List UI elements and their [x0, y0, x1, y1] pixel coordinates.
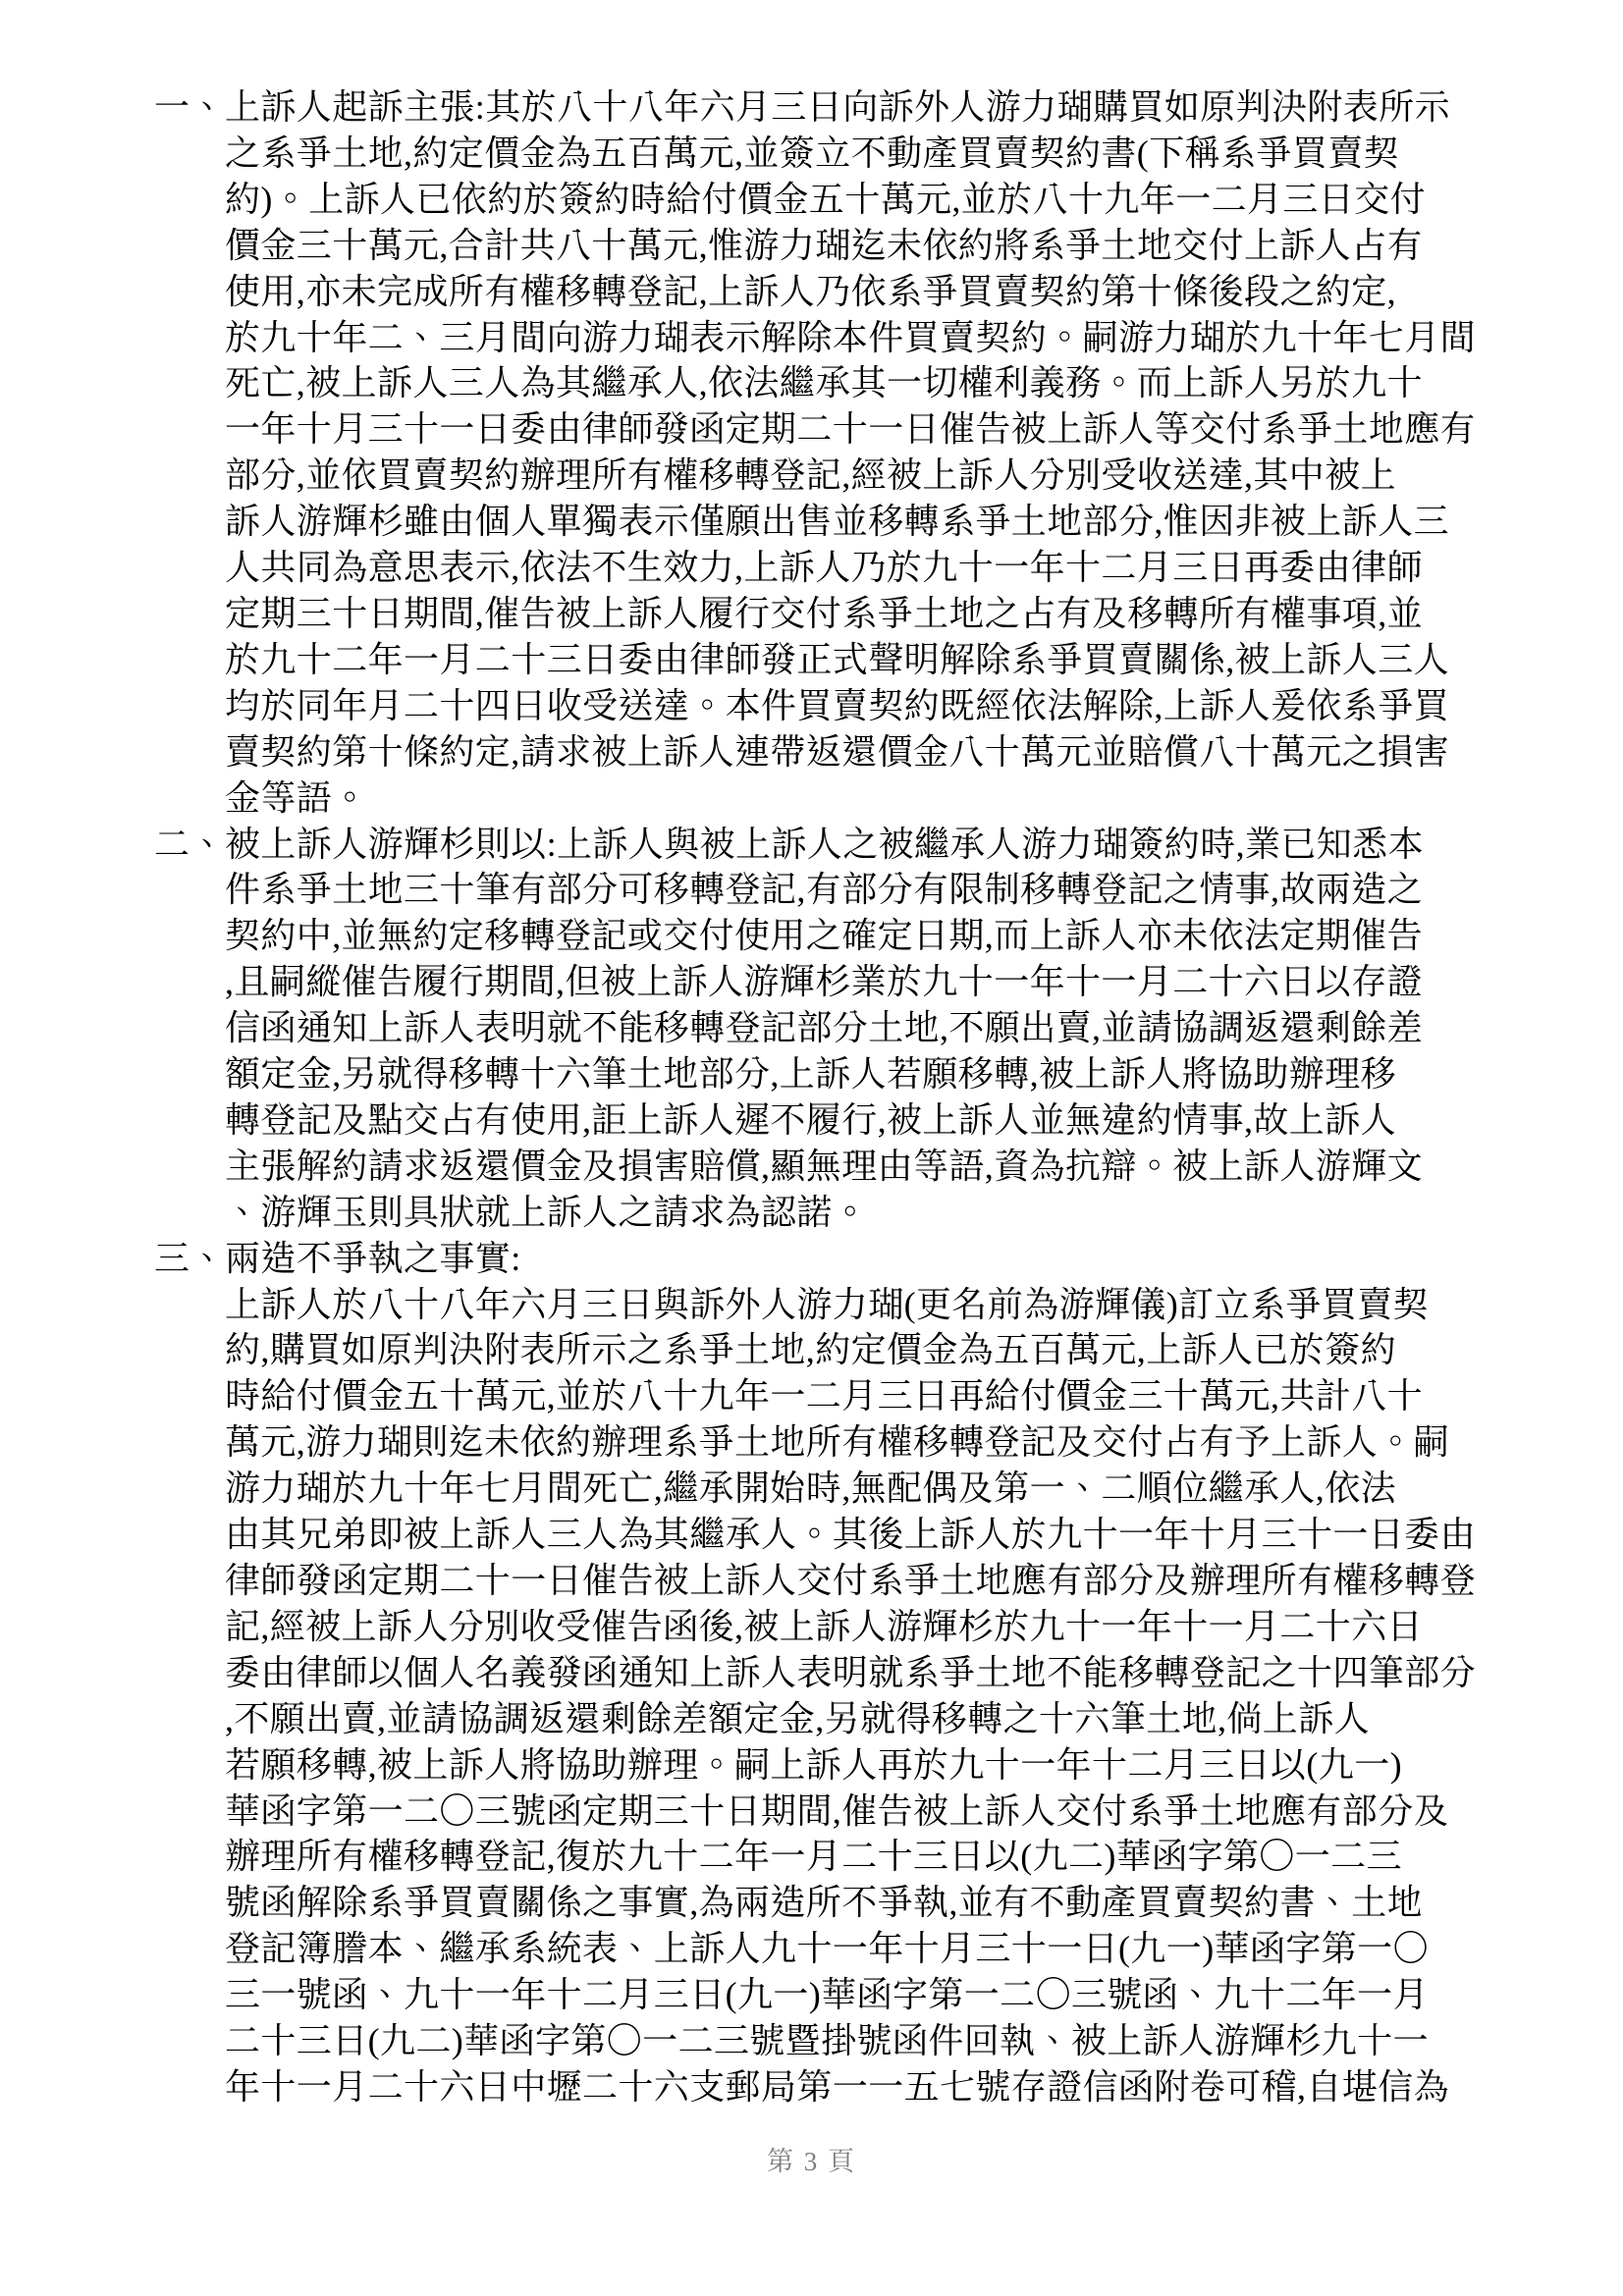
text-line: 、游輝玉則具狀就上訴人之請求為認諾。: [225, 1190, 1478, 1236]
text-line: 時給付價金五十萬元,並於八十九年一二月三日再給付價金三十萬元,共計八十: [225, 1373, 1478, 1419]
text-line: 定期三十日期間,催告被上訴人履行交付系爭土地之占有及移轉所有權事項,並: [225, 591, 1478, 637]
text-line: 律師發函定期二十一日催告被上訴人交付系爭土地應有部分及辦理所有權移轉登: [225, 1558, 1478, 1604]
section-marker: 二、: [154, 822, 226, 868]
text-line: 使用,亦未完成所有權移轉登記,上訴人乃依系爭買賣契約第十條後段之約定,: [225, 269, 1478, 315]
text-line: 額定金,另就得移轉十六筆土地部分,上訴人若願移轉,被上訴人將協助辦理移: [225, 1051, 1478, 1097]
text-line: 一年十月三十一日委由律師發函定期二十一日催告被上訴人等交付系爭土地應有: [225, 406, 1478, 453]
text-line: 由其兄弟即被上訴人三人為其繼承人。其後上訴人於九十一年十月三十一日委由: [225, 1512, 1478, 1558]
text-line: ,且嗣縱催告履行期間,但被上訴人游輝杉業於九十一年十一月二十六日以存證: [225, 959, 1478, 1005]
text-line: 主張解約請求返還價金及損害賠償,顯無理由等語,資為抗辯。被上訴人游輝文: [225, 1144, 1478, 1190]
text-line: 年十一月二十六日中壢二十六支郵局第一一五七號存證信函附卷可稽,自堪信為: [225, 2064, 1478, 2110]
text-line: 信函通知上訴人表明就不能移轉登記部分土地,不願出賣,並請協調返還剩餘差: [225, 1005, 1478, 1051]
section-1: 一、上訴人起訴主張:其於八十八年六月三日向訴外人游力瑚購買如原判決附表所示之系爭…: [154, 84, 1478, 822]
text-line: 若願移轉,被上訴人將協助辦理。嗣上訴人再於九十一年十二月三日以(九一): [225, 1742, 1478, 1789]
text-line: 記,經被上訴人分別收受催告函後,被上訴人游輝杉於九十一年十一月二十六日: [225, 1604, 1478, 1650]
text-line: 均於同年月二十四日收受送達。本件買賣契約既經依法解除,上訴人爰依系爭買: [225, 683, 1478, 729]
text-line: 被上訴人游輝杉則以:上訴人與被上訴人之被繼承人游力瑚簽約時,業已知悉本: [225, 822, 1478, 868]
text-line: 委由律師以個人名義發函通知上訴人表明就系爭土地不能移轉登記之十四筆部分: [225, 1650, 1478, 1696]
section-3: 三、兩造不爭執之事實:上訴人於八十八年六月三日與訴外人游力瑚(更名前為游輝儀)訂…: [154, 1236, 1478, 2110]
text-line: 件系爭土地三十筆有部分可移轉登記,有部分有限制移轉登記之情事,故兩造之: [225, 867, 1478, 913]
text-line: 上訴人起訴主張:其於八十八年六月三日向訴外人游力瑚購買如原判決附表所示: [225, 84, 1478, 131]
text-line: 契約中,並無約定移轉登記或交付使用之確定日期,而上訴人亦未依法定期催告: [225, 913, 1478, 959]
text-line: 萬元,游力瑚則迄未依約辦理系爭土地所有權移轉登記及交付占有予上訴人。嗣: [225, 1419, 1478, 1466]
text-line: 游力瑚於九十年七月間死亡,繼承開始時,無配偶及第一、二順位繼承人,依法: [225, 1466, 1478, 1512]
page-number: 第 3 頁: [0, 2140, 1623, 2178]
section-marker: 一、: [154, 84, 226, 131]
section-2: 二、被上訴人游輝杉則以:上訴人與被上訴人之被繼承人游力瑚簽約時,業已知悉本件系爭…: [154, 822, 1478, 1236]
text-line: 之系爭土地,約定價金為五百萬元,並簽立不動產買賣契約書(下稱系爭買賣契: [225, 131, 1478, 177]
text-line: 華函字第一二〇三號函定期三十日期間,催告被上訴人交付系爭土地應有部分及: [225, 1789, 1478, 1835]
text-line: 上訴人於八十八年六月三日與訴外人游力瑚(更名前為游輝儀)訂立系爭買賣契: [225, 1282, 1478, 1328]
scanned-judgment-page: 一、上訴人起訴主張:其於八十八年六月三日向訴外人游力瑚購買如原判決附表所示之系爭…: [0, 0, 1623, 2296]
text-line: 登記簿謄本、繼承系統表、上訴人九十一年十月三十一日(九一)華函字第一〇: [225, 1926, 1478, 1972]
text-line: 約,購買如原判決附表所示之系爭土地,約定價金為五百萬元,上訴人已於簽約: [225, 1327, 1478, 1373]
text-line: 兩造不爭執之事實:: [225, 1236, 1478, 1282]
text-line: 金等語。: [225, 775, 1478, 822]
text-line: 辦理所有權移轉登記,復於九十二年一月二十三日以(九二)華函字第〇一二三: [225, 1834, 1478, 1880]
text-line: 號函解除系爭買賣關係之事實,為兩造所不爭執,並有不動產買賣契約書、土地: [225, 1880, 1478, 1926]
text-line: 賣契約第十條約定,請求被上訴人連帶返還價金八十萬元並賠償八十萬元之損害: [225, 729, 1478, 775]
text-line: 三一號函、九十一年十二月三日(九一)華函字第一二〇三號函、九十二年一月: [225, 1972, 1478, 2018]
section-marker: 三、: [154, 1236, 226, 1282]
text-line: 人共同為意思表示,依法不生效力,上訴人乃於九十一年十二月三日再委由律師: [225, 545, 1478, 591]
text-line: 於九十二年一月二十三日委由律師發正式聲明解除系爭買賣關係,被上訴人三人: [225, 637, 1478, 683]
text-line: 訴人游輝杉雖由個人單獨表示僅願出售並移轉系爭土地部分,惟因非被上訴人三: [225, 499, 1478, 545]
text-line: 死亡,被上訴人三人為其繼承人,依法繼承其一切權利義務。而上訴人另於九十: [225, 360, 1478, 406]
text-line: 部分,並依買賣契約辦理所有權移轉登記,經被上訴人分別受收送達,其中被上: [225, 453, 1478, 499]
text-line: 轉登記及點交占有使用,詎上訴人遲不履行,被上訴人並無違約情事,故上訴人: [225, 1097, 1478, 1144]
text-line: 約)。上訴人已依約於簽約時給付價金五十萬元,並於八十九年一二月三日交付: [225, 177, 1478, 223]
text-line: 二十三日(九二)華函字第〇一二三號暨掛號函件回執、被上訴人游輝杉九十一: [225, 2018, 1478, 2064]
text-line: ,不願出賣,並請協調返還剩餘差額定金,另就得移轉之十六筆土地,倘上訴人: [225, 1696, 1478, 1742]
text-line: 價金三十萬元,合計共八十萬元,惟游力瑚迄未依約將系爭土地交付上訴人占有: [225, 223, 1478, 269]
text-line: 於九十年二、三月間向游力瑚表示解除本件買賣契約。嗣游力瑚於九十年七月間: [225, 315, 1478, 361]
document-body: 一、上訴人起訴主張:其於八十八年六月三日向訴外人游力瑚購買如原判決附表所示之系爭…: [154, 84, 1478, 2110]
